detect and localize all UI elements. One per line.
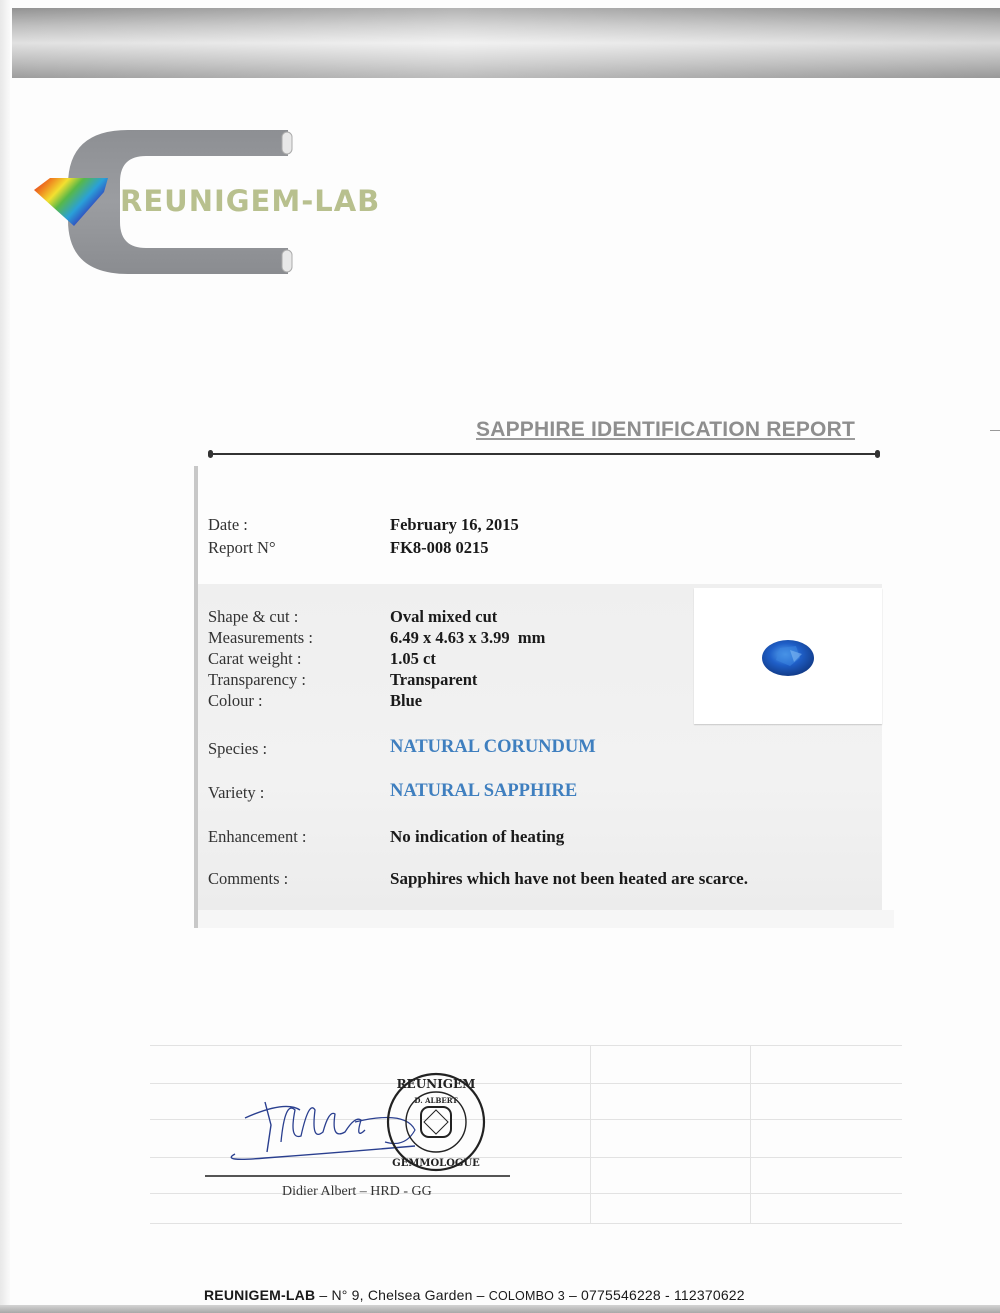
shape-value: Oval mixed cut	[390, 606, 497, 627]
svg-text:REUNIGEM: REUNIGEM	[397, 1077, 476, 1091]
enhancement-label: Enhancement :	[208, 826, 307, 847]
scan-edge	[0, 0, 10, 1313]
variety-label: Variety :	[208, 782, 264, 803]
header-band	[12, 8, 1000, 78]
report-number-value: FK8-008 0215	[390, 537, 489, 558]
measurements-value: 6.49 x 4.63 x 3.99 mm	[390, 627, 545, 648]
transparency-label: Transparency :	[208, 669, 306, 690]
document-page: REUNIGEM-LAB SAPPHIRE IDENTIFICATION REP…	[0, 0, 1000, 1313]
sapphire-gem-icon	[760, 638, 816, 678]
lab-name: REUNIGEM-LAB	[120, 184, 380, 218]
footer-address: REUNIGEM-LAB – N° 9, Chelsea Garden – CO…	[204, 1287, 745, 1303]
report-details: Date : February 16, 2015 Report N° FK8-0…	[194, 466, 894, 932]
footer-lab-name: REUNIGEM-LAB	[204, 1287, 315, 1303]
fold-mark	[990, 430, 1000, 431]
title-divider	[210, 453, 878, 455]
footer-phones: – 0775546228 - 112370622	[565, 1287, 745, 1303]
report-number-label: Report N°	[208, 537, 276, 558]
variety-value: NATURAL SAPPHIRE	[390, 781, 577, 802]
gemmologue-stamp-icon: REUNIGEM D. ALBERT GEMMOLOGUE	[388, 1074, 484, 1170]
footer-band	[0, 1305, 1000, 1313]
svg-text:GEMMOLOGUE: GEMMOLOGUE	[392, 1158, 480, 1169]
transparency-value: Transparent	[390, 669, 477, 690]
enhancement-value: No indication of heating	[390, 826, 564, 847]
comments-value: Sapphires which have not been heated are…	[390, 868, 748, 889]
shape-label: Shape & cut :	[208, 606, 298, 627]
date-value: February 16, 2015	[390, 514, 519, 535]
carat-value: 1.05 ct	[390, 648, 436, 669]
species-value: NATURAL CORUNDUM	[390, 737, 596, 758]
gem-photo	[694, 588, 882, 724]
rainbow-diamond-icon	[32, 178, 108, 228]
colour-label: Colour :	[208, 690, 263, 711]
signer-name: Didier Albert – HRD - GG	[282, 1184, 432, 1200]
details-footer-band	[198, 910, 894, 928]
colour-value: Blue	[390, 690, 422, 711]
measurements-label: Measurements :	[208, 627, 313, 648]
lab-logo: REUNIGEM-LAB	[30, 128, 410, 278]
svg-text:D. ALBERT: D. ALBERT	[414, 1096, 458, 1105]
species-label: Species :	[208, 738, 267, 759]
carat-label: Carat weight :	[208, 648, 301, 669]
signature-and-stamp: REUNIGEM D. ALBERT GEMMOLOGUE	[205, 1070, 515, 1180]
signature-line	[205, 1175, 510, 1177]
date-label: Date :	[208, 514, 248, 535]
comments-label: Comments :	[208, 868, 288, 889]
footer-street: – N° 9, Chelsea Garden –	[315, 1287, 488, 1303]
report-title: SAPPHIRE IDENTIFICATION REPORT	[476, 418, 855, 442]
footer-city: COLOMBO 3	[489, 1289, 565, 1303]
